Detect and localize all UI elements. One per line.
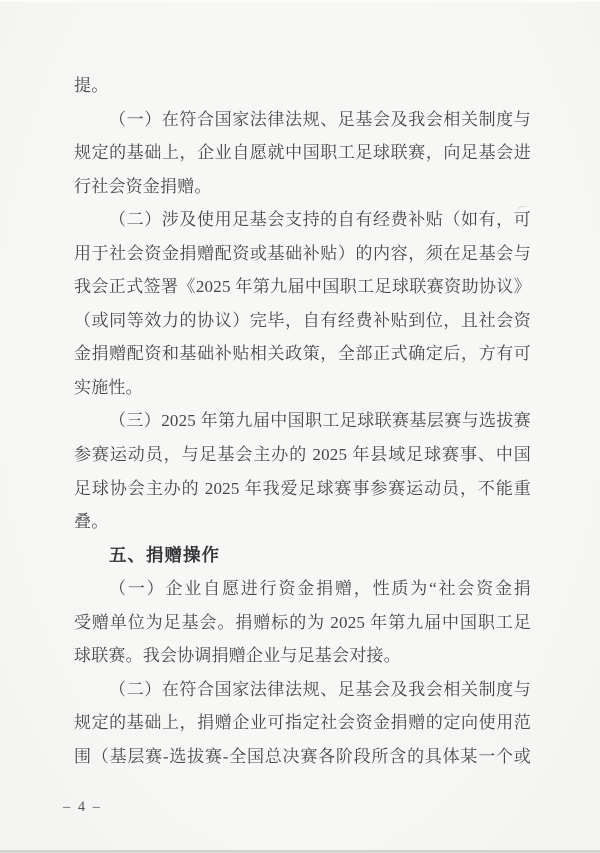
- document-page: 提。 （一）在符合国家法律法规、足基会及我会相关制度与 规定的基础上，企业自愿就…: [0, 0, 600, 853]
- text-line: （或同等效力的协议）完毕，自有经费补贴到位，且社会资: [74, 304, 531, 338]
- text-line: 围（基层赛-选拔赛-全国总决赛各阶段所含的具体某一个或: [74, 740, 531, 774]
- text-line: （三）2025 年第九届中国职工足球联赛基层赛与选拔赛: [74, 404, 531, 438]
- text-line: 叠。: [74, 505, 531, 539]
- text-line: 提。: [74, 69, 531, 103]
- section-heading: 五、捐赠操作: [74, 539, 531, 573]
- document-body: 提。 （一）在符合国家法律法规、足基会及我会相关制度与 规定的基础上，企业自愿就…: [74, 69, 531, 773]
- page-top-edge: [0, 0, 600, 2]
- text-line: 参赛运动员，与足基会主办的 2025 年县域足球赛事、中国: [74, 438, 531, 472]
- text-line: 实施性。: [74, 371, 531, 405]
- text-line: 足球协会主办的 2025 年我爱足球赛事参赛运动员，不能重: [74, 472, 531, 506]
- text-line: 球联赛。我会协调捐赠企业与足基会对接。: [74, 639, 531, 673]
- text-line: 受赠单位为足基会。捐赠标的为 2025 年第九届中国职工足: [74, 606, 531, 640]
- text-line: 金捐赠配资和基础补贴相关政策，全部正式确定后，方有可: [74, 337, 531, 371]
- text-line: 规定的基础上，企业自愿就中国职工足球联赛，向足基会进: [74, 136, 531, 170]
- text-line: 行社会资金捐赠。: [74, 170, 531, 204]
- text-line: （二）涉及使用足基会支持的自有经费补贴（如有，可: [74, 203, 531, 237]
- text-line: （一）企业自愿进行资金捐赠，性质为“社会资金捐赠”。: [74, 572, 531, 606]
- page-number: – 4 –: [63, 795, 102, 819]
- text-line: （一）在符合国家法律法规、足基会及我会相关制度与: [74, 103, 531, 137]
- text-line: （二）在符合国家法律法规、足基会及我会相关制度与: [74, 673, 531, 707]
- text-line: 规定的基础上，捐赠企业可指定社会资金捐赠的定向使用范: [74, 706, 531, 740]
- text-line: 用于社会资金捐赠配资或基础补贴）的内容，须在足基会与: [74, 237, 531, 271]
- text-line: 我会正式签署《2025 年第九届中国职工足球联赛资助协议》: [74, 270, 531, 304]
